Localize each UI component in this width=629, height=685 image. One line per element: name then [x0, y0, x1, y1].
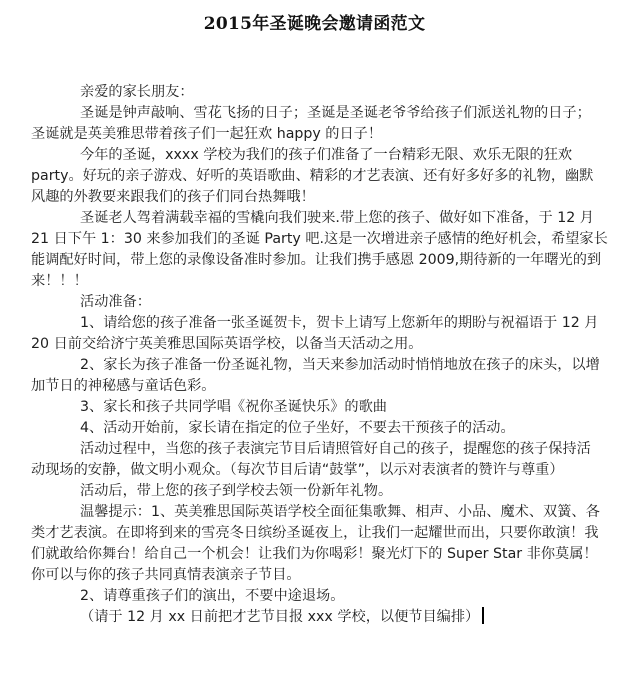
paragraph-line: party。好玩的亲子游戏、好听的英语歌曲、精彩的才艺表演、还有好多好多的礼物，…	[31, 166, 611, 187]
paragraph-line: 圣诞是钟声敲响、雪花飞扬的日子；圣诞是圣诞老爷爷给孩子们派送礼物的日子；	[31, 103, 611, 124]
paragraph-line: 风趣的外教要来跟我们的孩子们同台热舞哦！	[31, 187, 611, 208]
closing-note-line: （请于 12 月 xx 日前把才艺节目报 xxx 学校，以便节目编排）	[31, 607, 611, 628]
list-item: 4、活动开始前，家长请在指定的位子坐好，不要去干预孩子的活动。	[31, 418, 611, 439]
paragraph-line: 活动后，带上您的孩子到学校去领一份新年礼物。	[31, 481, 611, 502]
paragraph-line: 圣诞老人驾着满载幸福的雪橇向我们驶来.带上您的孩子、做好如下准备，于 12 月	[31, 208, 611, 229]
section-heading-activity-prep: 活动准备：	[31, 292, 611, 313]
list-item: 1、请给您的孩子准备一张圣诞贺卡，贺卡上请写上您新年的期盼与祝福语于 12 月	[31, 313, 611, 334]
list-item: 2、家长为孩子准备一份圣诞礼物，当天来参加活动时悄悄地放在孩子的床头，以增	[31, 355, 611, 376]
paragraph-line: 能调配好时间，带上您的录像设备准时参加。让我们携手感恩 2009,期待新的一年曙…	[31, 250, 611, 271]
paragraph-line: 圣诞就是英美雅思带着孩子们一起狂欢 happy 的日子！	[31, 124, 611, 145]
list-item-continuation: 20 日前交给济宁英美雅思国际英语学校，以备当天活动之用。	[31, 334, 611, 355]
tips-line: 你可以与你的孩子共同真情表演亲子节目。	[31, 565, 611, 586]
text-cursor-icon	[482, 607, 484, 624]
list-item: 3、家长和孩子共同学唱《祝你圣诞快乐》的歌曲	[31, 397, 611, 418]
paragraph-line: 21 日下午 1：30 来参加我们的圣诞 Party 吧.这是一次增进亲子感情的…	[31, 229, 611, 250]
paragraph-line: 活动过程中，当您的孩子表演完节目后请照管好自己的孩子，提醒您的孩子保持活	[31, 439, 611, 460]
tips-line: 温馨提示：1、英美雅思国际英语学校全面征集歌舞、相声、小品、魔术、双簧、各	[31, 502, 611, 523]
tips-line: 2、请尊重孩子们的演出，不要中途退场。	[31, 586, 611, 607]
greeting-line: 亲爱的家长朋友：	[31, 82, 611, 103]
tips-line: 类才艺表演。在即将到来的雪亮冬日缤纷圣诞夜上，让我们一起耀世而出，只要你敢演！我	[31, 523, 611, 544]
paragraph-line: 今年的圣诞，xxxx 学校为我们的孩子们准备了一台精彩无限、欢乐无限的狂欢	[31, 145, 611, 166]
list-item-continuation: 加节日的神秘感与童话色彩。	[31, 376, 611, 397]
closing-note-text: （请于 12 月 xx 日前把才艺节目报 xxx 学校，以便节目编排）	[80, 609, 479, 625]
document-body[interactable]: 亲爱的家长朋友： 圣诞是钟声敲响、雪花飞扬的日子；圣诞是圣诞老爷爷给孩子们派送礼…	[31, 82, 611, 628]
document-title: 2015年圣诞晚会邀请函范文	[0, 9, 629, 34]
paragraph-line: 动现场的安静，做文明小观众。（每次节目后请“鼓掌”，以示对表演者的赞许与尊重）	[31, 460, 611, 481]
paragraph-line: 来！！！	[31, 271, 611, 292]
tips-line: 们就敢给你舞台！给自己一个机会！让我们为你喝彩！聚光灯下的 Super Star…	[31, 544, 611, 565]
